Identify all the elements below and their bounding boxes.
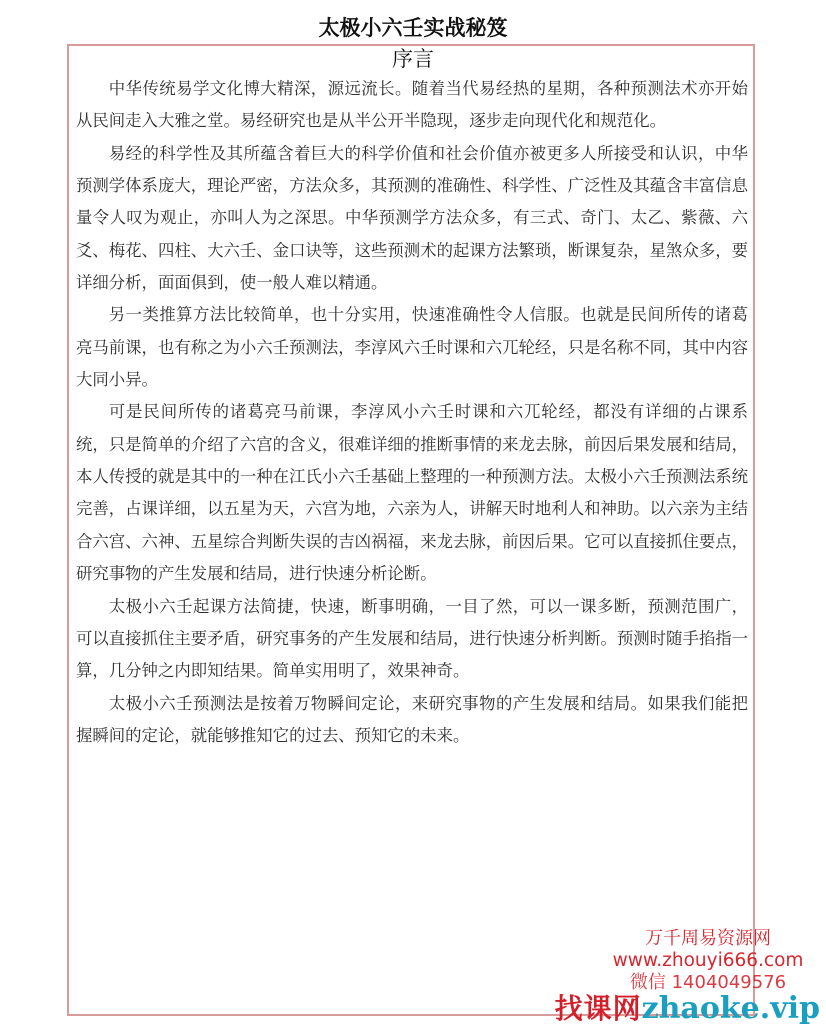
paragraph: 太极小六壬预测法是按着万物瞬间定论，来研究事物的产生发展和结局。如果我们能把握瞬… (76, 688, 748, 753)
paragraph: 另一类推算方法比较简单，也十分实用，快速准确性令人信服。也就是民间所传的诸葛亮马… (76, 299, 748, 396)
document-title: 太极小六壬实战秘笈 (0, 14, 826, 42)
watermark-brand: 找课网zhaoke.vip (555, 994, 820, 1024)
paragraph: 中华传统易学文化博大精深，源远流长。随着当代易经热的星期，各种预测法术亦开始从民… (76, 73, 748, 138)
watermark-url: www.zhouyi666.com (598, 950, 818, 972)
document-body: 中华传统易学文化博大精深，源远流长。随着当代易经热的星期，各种预测法术亦开始从民… (76, 73, 748, 752)
paragraph: 易经的科学性及其所蕴含着巨大的科学价值和社会价值亦被更多人所接受和认识，中华预测… (76, 138, 748, 300)
watermark-brand-cn: 找课网 (555, 992, 642, 1024)
watermark: 万千周易资源网 www.zhouyi666.com 微信 1404049576 (558, 928, 818, 994)
paragraph: 太极小六壬起课方法简捷，快速，断事明确，一目了然，可以一课多断，预测范围广，可以… (76, 591, 748, 688)
watermark-brand-en: zhaoke.vip (642, 991, 820, 1024)
section-heading: 序言 (0, 44, 826, 74)
watermark-site-name: 万千周易资源网 (598, 928, 818, 950)
paragraph: 可是民间所传的诸葛亮马前课，李淳风小六壬时课和六兀轮经，都没有详细的占课系统，只… (76, 396, 748, 590)
